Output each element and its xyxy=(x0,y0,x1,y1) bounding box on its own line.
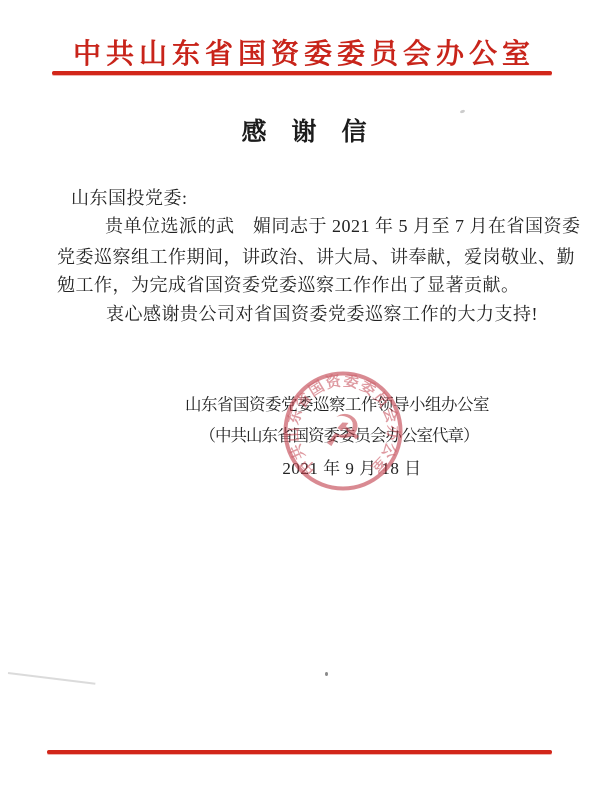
body-line-1: 贵单位选派的武 媚同志于 2021 年 5 月至 7 月在省国资委 xyxy=(105,217,581,235)
signature-proxy-line: （中共山东省国资委委员会办公室代章） xyxy=(139,428,539,445)
salutation: 山东国投党委: xyxy=(71,189,188,207)
letterhead-org-name: 中共山东省国资委委员会办公室 xyxy=(0,32,608,72)
signature-date-line: 2021 年 9 月 18 日 xyxy=(152,460,552,477)
letterhead-rule xyxy=(52,71,552,75)
scan-speck xyxy=(325,672,328,676)
signature-org-line: 山东省国资委党委巡察工作领导小组办公室 xyxy=(137,397,537,414)
letter-page: 中共山东省国资委委员会办公室 感 谢 信 山东国投党委: 贵单位选派的武 媚同志… xyxy=(0,0,608,789)
scan-scratch xyxy=(8,672,96,685)
bottom-rule xyxy=(47,750,552,754)
body-line-2: 党委巡察组工作期间，讲政治、讲大局、讲奉献，爱岗敬业、勤 xyxy=(57,248,575,266)
letter-title: 感 谢 信 xyxy=(0,112,608,148)
body-line-3: 勉工作，为完成省国资委党委巡察工作作出了显著贡献。 xyxy=(57,276,520,294)
body-line-4: 衷心感谢贵公司对省国资委党委巡察工作的大力支持! xyxy=(106,305,538,323)
